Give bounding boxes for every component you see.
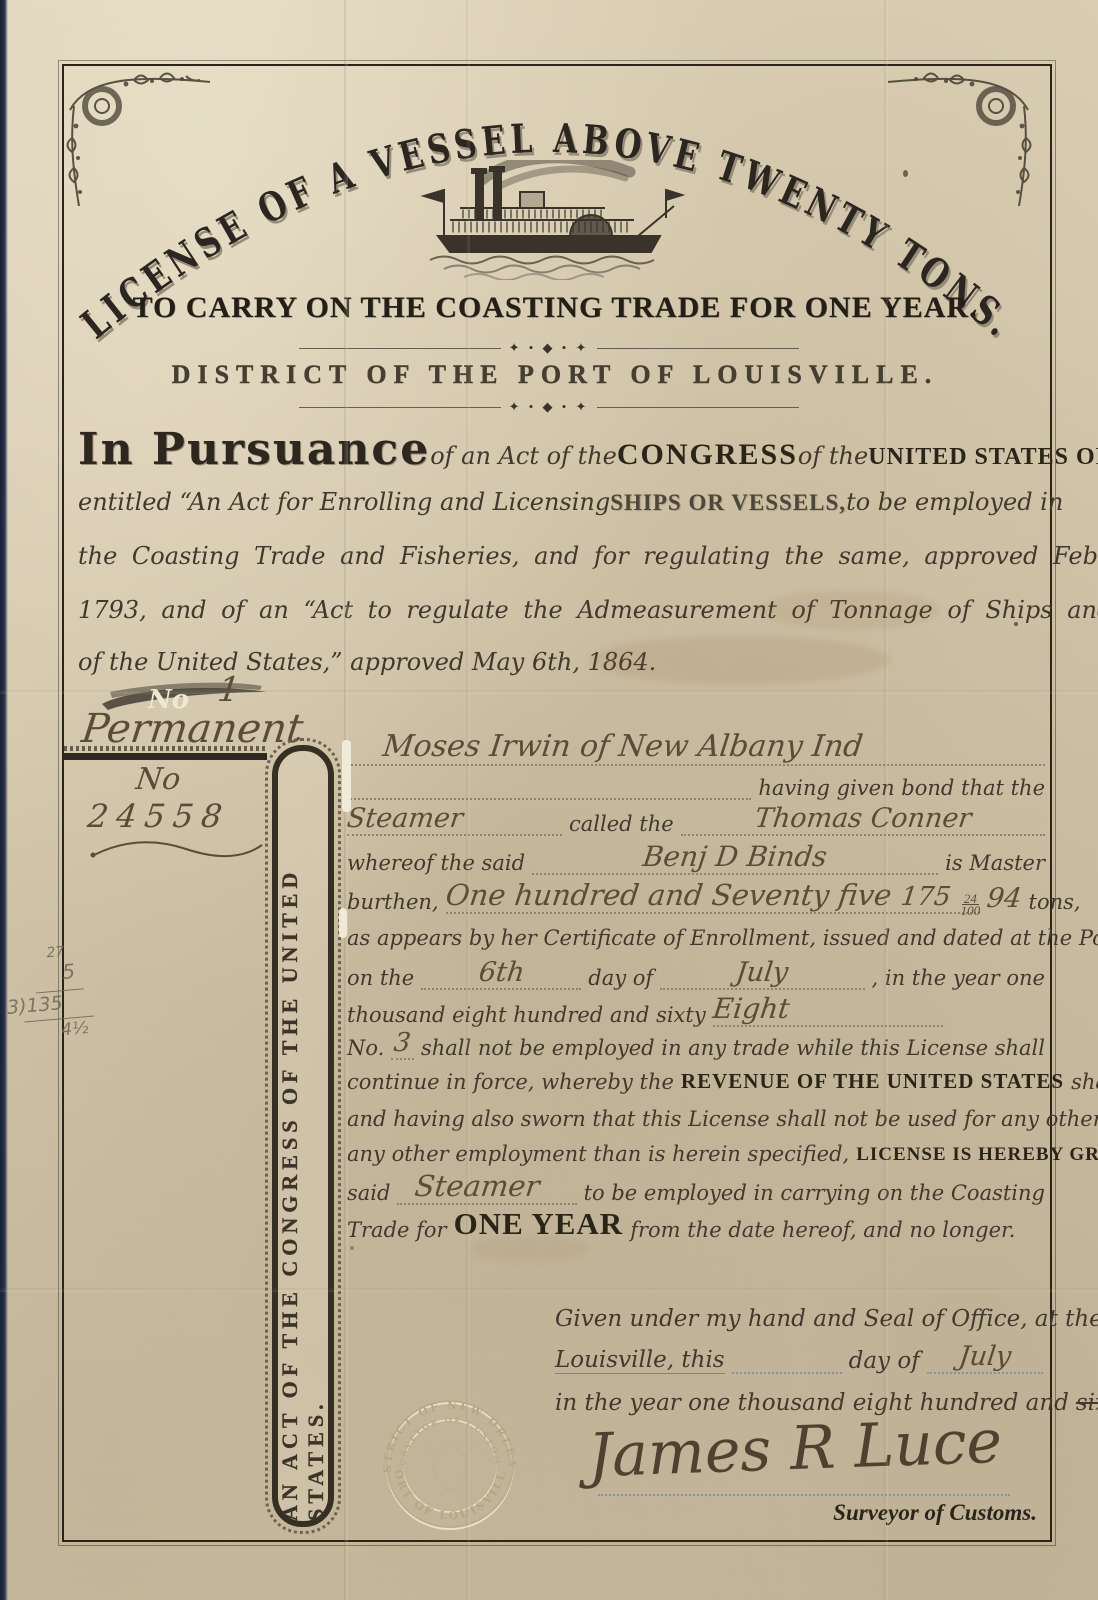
- closing-date-line: Louisville, this day of July: [555, 1342, 1043, 1374]
- paper-chip: [342, 740, 351, 812]
- burthen-figures: 175: [899, 882, 952, 912]
- master-name: Benj D Binds: [641, 840, 829, 873]
- fold-crease: [0, 1288, 1098, 1292]
- day-value: 6th: [477, 957, 526, 988]
- form-row-said-vessel: said Steamer to be employed in carrying …: [347, 1173, 1045, 1205]
- pencil-margin-notes: 27 5 3)135 4½: [2, 943, 80, 1044]
- burthen-fraction: 24100: [961, 893, 981, 916]
- form-row-burthen: burthen, One hundred and Seventy five 17…: [347, 880, 1045, 914]
- form-row-sworn: and having also sworn that this License …: [347, 1103, 1045, 1131]
- closing-given-line: Given under my hand and Seal of Office, …: [555, 1302, 1043, 1332]
- form-row-owner: Moses Irwin of New Albany Ind: [347, 730, 1045, 766]
- document-number: No 24558: [88, 762, 268, 863]
- fold-crease: [0, 690, 1098, 694]
- form-row-continue: continue in force, whereby the REVENUE O…: [347, 1066, 1045, 1094]
- year-value: Eight: [711, 992, 792, 1025]
- license-document: LICENSE OF A VESSEL ABOVE TWENTY TONS. L…: [0, 0, 1098, 1600]
- ink-speck: [1014, 622, 1018, 626]
- stain: [470, 1236, 590, 1262]
- vessel-type: Steamer: [345, 803, 465, 834]
- form-row-trade-no: No. 3 shall not be employed in any trade…: [347, 1030, 1045, 1060]
- band-inner-border: AN ACT OF THE CONGRESS OF THE UNITED STA…: [272, 745, 334, 1527]
- form-row-vessel: Steamer called the Thomas Conner: [347, 806, 1045, 836]
- ink-speck: [350, 1246, 354, 1250]
- fold-crease: [884, 0, 888, 1600]
- pen-swash-icon: [88, 837, 268, 863]
- form-row-enrollment: as appears by her Certificate of Enrollm…: [347, 922, 1045, 950]
- form-row-year: thousand eight hundred and sixty Eight: [347, 995, 1045, 1027]
- owner-name: Moses Irwin of New Albany Ind: [381, 729, 865, 764]
- closing-month: July: [957, 1341, 1013, 1372]
- ink-speck: [903, 170, 908, 177]
- embossed-seal: DISTRICT OF NEW ORLEANS SURVEYOR OF CUST…: [375, 1390, 525, 1540]
- band-vertical-text: AN ACT OF THE CONGRESS OF THE UNITED STA…: [278, 751, 328, 1521]
- form-row-one-year: Trade for ONE YEAR from the date hereof,…: [347, 1210, 1045, 1242]
- paper-chip: [339, 908, 347, 938]
- form-row-date: on the 6th day of July , in the year one: [347, 958, 1045, 990]
- said-vessel-type: Steamer: [413, 1169, 542, 1203]
- trade-no-value: 3: [393, 1028, 413, 1058]
- form-row-granted: any other employment than is herein spec…: [347, 1138, 1045, 1166]
- month-value: July: [734, 957, 790, 988]
- act-of-congress-band: AN ACT OF THE CONGRESS OF THE UNITED STA…: [265, 738, 341, 1534]
- scan-edge-shadow: [0, 0, 8, 1600]
- form-row-bond: having given bond that the: [347, 772, 1045, 800]
- struck-word: sixty: [1076, 1390, 1098, 1416]
- ornamental-rule: [64, 746, 267, 760]
- stain: [760, 590, 940, 630]
- form-row-master: whereof the said Benj D Binds is Master: [347, 845, 1045, 875]
- fold-crease: [466, 0, 470, 1600]
- officer-title: Surveyor of Customs.: [555, 1500, 1037, 1526]
- signature-line: [598, 1494, 1010, 1496]
- burthen-extra: 94: [985, 883, 1023, 914]
- vessel-name: Thomas Conner: [753, 803, 973, 834]
- burthen-words: One hundred and Seventy five: [444, 878, 894, 912]
- stain: [590, 636, 890, 684]
